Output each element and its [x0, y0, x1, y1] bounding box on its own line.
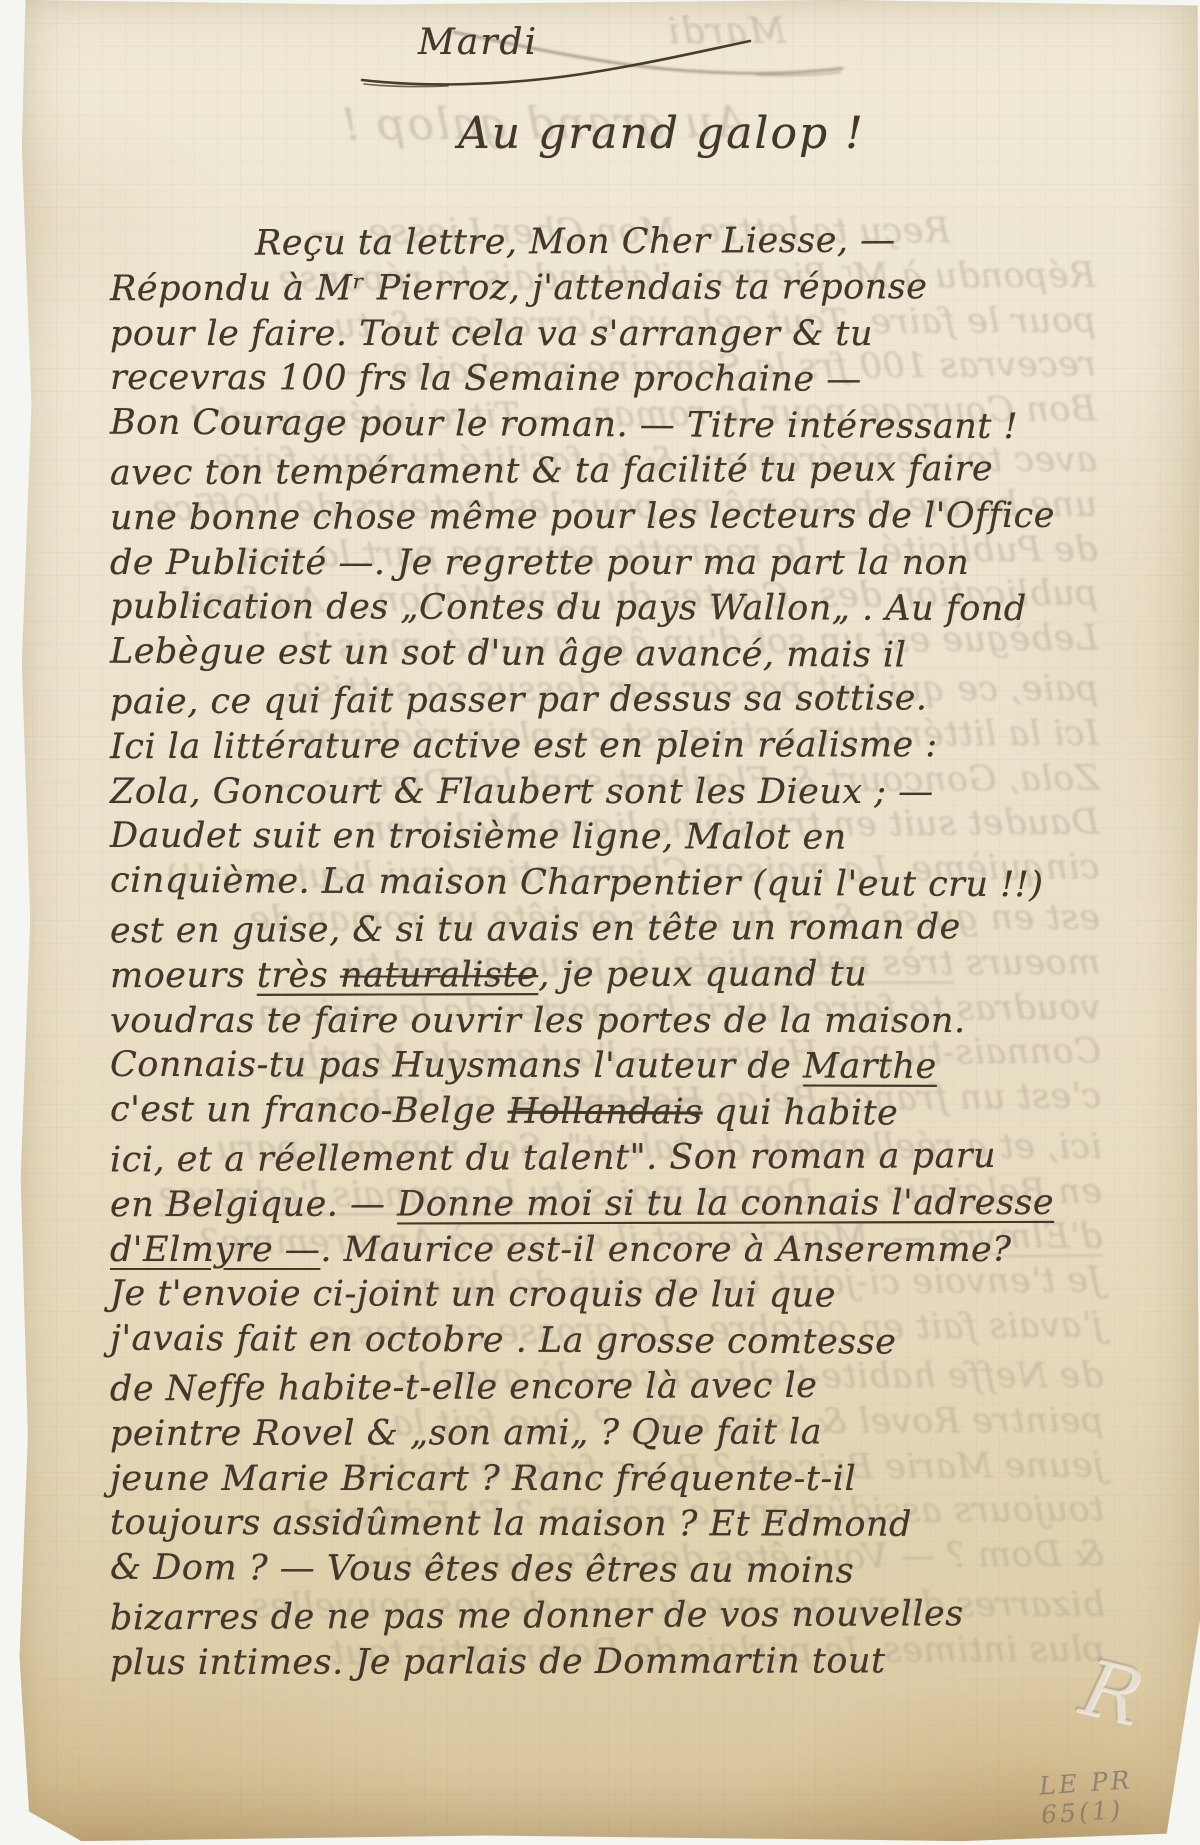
- letter-line: Daudet suit en troisième ligne, Malot en: [110, 816, 1070, 864]
- letter-line: Bon Courage pour le roman. — Titre intér…: [110, 403, 1070, 453]
- letter-line: Lebègue est un sot d'un âge avancé, mais…: [110, 632, 1070, 682]
- letter-line: publication des „Contes du pays Wallon„ …: [110, 587, 1070, 635]
- letter-line: d'Elmyre —. Maurice est-il encore à Anse…: [110, 1230, 1070, 1276]
- letter-line: Zola, Goncourt & Flaubert sont les Dieux…: [110, 772, 1070, 818]
- letter-line: Connais-tu pas Huysmans l'auteur de Mart…: [110, 1045, 1070, 1093]
- letter-line: toujours assidûment la maison ? Et Edmon…: [110, 1503, 1070, 1551]
- letter-line: jeune Marie Bricart ? Ranc fréquente-t-i…: [110, 1459, 1070, 1505]
- letter-line: paie, ce qui fait passer par dessus sa s…: [110, 678, 1070, 728]
- letter-line: Répondu à Mʳ Pierroz, j'attendais ta rép…: [110, 267, 1070, 315]
- letter-lines: Reçu ta lettre, Mon Cher Liesse, —Répond…: [110, 222, 1070, 1688]
- letter-line: cinquième. La maison Charpentier (qui l'…: [110, 861, 1070, 911]
- letter-line: j'avais fait en octobre . La grosse comt…: [110, 1319, 1070, 1369]
- letter-line: Je t'envoie ci-joint un croquis de lui q…: [110, 1274, 1070, 1322]
- letter-paper: Mardi Au grand galop ! Reçu ta lettre, M…: [10, 0, 1200, 1841]
- letter-line: est en guise, & si tu avais en tête un r…: [110, 907, 1070, 957]
- catalog-mark: LE PR 65(1): [1038, 1760, 1200, 1829]
- letter-line: avec ton tempérament & ta facilité tu pe…: [110, 449, 1070, 499]
- letter-line: de Neffe habite-t-elle encore là avec le: [110, 1365, 1070, 1415]
- letter-line: de Publicité —. Je regrette pour ma part…: [110, 543, 1070, 589]
- letter-line: moeurs très naturaliste, je peux quand t…: [110, 954, 1070, 1002]
- letter-line: Reçu ta lettre, Mon Cher Liesse, —: [110, 220, 1070, 270]
- letter-line: bizarres de ne pas me donner de vos nouv…: [110, 1594, 1070, 1644]
- letter-line: recevras 100 frs la Semaine prochaine —: [110, 358, 1070, 406]
- letter-line: c'est un franco-Belge Hollandais qui hab…: [110, 1090, 1070, 1140]
- letter-line: voudras te faire ouvrir les portes de la…: [110, 1001, 1070, 1047]
- letter-line: plus intimes. Je parlais de Dommartin to…: [110, 1641, 1070, 1689]
- letter-line: pour le faire. Tout cela va s'arranger &…: [110, 314, 1070, 360]
- letter-headline: Au grand galop !: [458, 108, 865, 159]
- letter-line: en Belgique. — Donne moi si tu la connai…: [110, 1183, 1070, 1231]
- letter-line: & Dom ? — Vous êtes des êtres au moins: [110, 1548, 1070, 1598]
- flourish-underline: [352, 36, 762, 96]
- letter-content: Mardi Au grand galop ! Reçu ta lettre, M…: [10, 0, 1200, 1841]
- letter-line: ici, et a réellement du talent". Son rom…: [110, 1136, 1070, 1186]
- letter-line: une bonne chose même pour les lecteurs d…: [110, 496, 1070, 544]
- letter-line: Ici la littérature active est en plein r…: [110, 725, 1070, 773]
- letter-line: peintre Rovel & „son ami„ ? Que fait la: [110, 1412, 1070, 1460]
